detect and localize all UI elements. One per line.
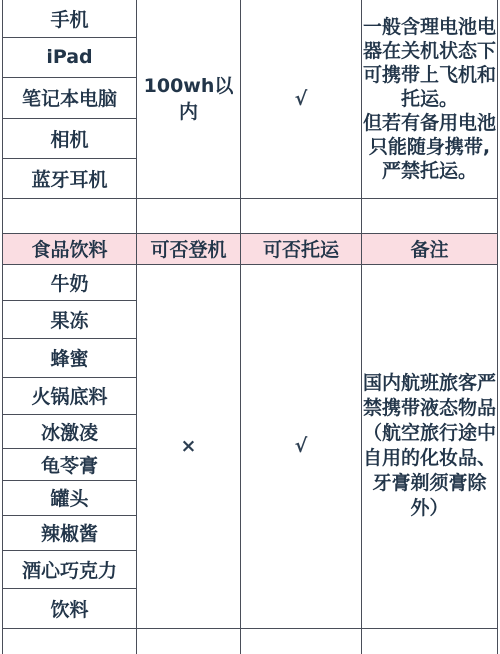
item-cell-bluetooth-earphones: 蓝牙耳机	[3, 158, 137, 198]
table-row: 手机 100wh以内 √ 一般含理电池电器在关机状态下可携带上飞机和托运。 但若…	[3, 0, 498, 37]
empty-cell	[362, 628, 498, 654]
item-cell-canned-food: 罐头	[3, 480, 137, 515]
baggage-rules-table: 手机 100wh以内 √ 一般含理电池电器在关机状态下可携带上飞机和托运。 但若…	[2, 0, 498, 654]
item-cell-honey: 蜂蜜	[3, 338, 137, 377]
item-cell-ice-cream: 冰激凌	[3, 414, 137, 448]
spacer-row	[3, 628, 498, 654]
item-cell-hotpot-base: 火锅底料	[3, 377, 137, 414]
item-cell-herbal-jelly: 龟苓膏	[3, 448, 137, 480]
item-cell-camera: 相机	[3, 118, 137, 158]
item-cell-ipad: iPad	[3, 37, 137, 77]
item-cell-jelly: 果冻	[3, 300, 137, 338]
food-remark-cell: 国内航班旅客严禁携带液态物品（航空旅行途中自用的化妆品、牙膏剃须膏除外）	[362, 264, 498, 628]
item-cell-laptop: 笔记本电脑	[3, 77, 137, 118]
item-cell-phone: 手机	[3, 0, 137, 37]
checked-allowed-cell: √	[241, 0, 362, 198]
empty-cell	[137, 198, 241, 233]
boarding-forbidden-cell: ×	[137, 264, 241, 628]
header-category: 食品饮料	[3, 233, 137, 264]
checkmark-icon: √	[295, 88, 308, 110]
empty-cell	[241, 198, 362, 233]
empty-cell	[137, 628, 241, 654]
item-cell-beverage: 饮料	[3, 588, 137, 628]
empty-cell	[362, 198, 498, 233]
checked-allowed-cell: √	[241, 264, 362, 628]
battery-limit-cell: 100wh以内	[137, 0, 241, 198]
header-checked: 可否托运	[241, 233, 362, 264]
food-header-row: 食品饮料 可否登机 可否托运 备注	[3, 233, 498, 264]
cross-icon: ×	[181, 435, 197, 457]
empty-cell	[241, 628, 362, 654]
header-boarding: 可否登机	[137, 233, 241, 264]
electronics-remark-cell: 一般含理电池电器在关机状态下可携带上飞机和托运。 但若有备用电池只能随身携带,严…	[362, 0, 498, 198]
spacer-row	[3, 198, 498, 233]
battery-limit-text: 100wh以内	[142, 73, 236, 125]
item-cell-milk: 牛奶	[3, 264, 137, 300]
checkmark-icon: √	[295, 435, 308, 457]
item-cell-chili-sauce: 辣椒酱	[3, 515, 137, 550]
table-row: 牛奶 × √ 国内航班旅客严禁携带液态物品（航空旅行途中自用的化妆品、牙膏剃须膏…	[3, 264, 498, 300]
empty-cell	[3, 198, 137, 233]
item-cell-liquor-chocolate: 酒心巧克力	[3, 550, 137, 588]
header-remark: 备注	[362, 233, 498, 264]
empty-cell	[3, 628, 137, 654]
